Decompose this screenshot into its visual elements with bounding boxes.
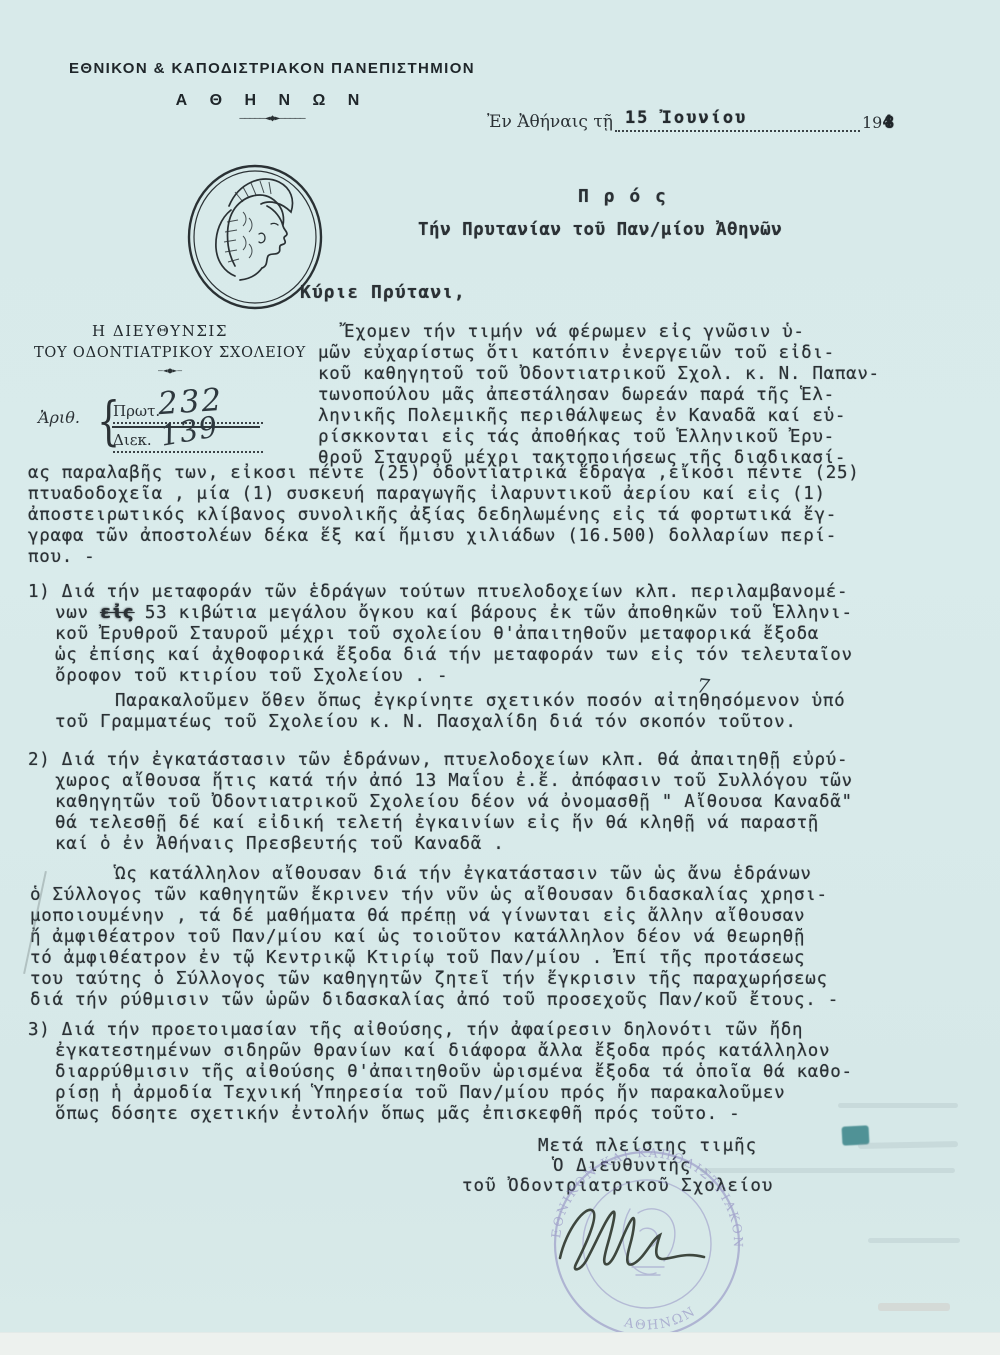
letterhead-divider-ornament: ―――――◄◆►――――― <box>62 113 482 124</box>
year-digit-over: 8 <box>884 113 894 133</box>
sender-divider-ornament: ―◄●►― <box>25 366 315 375</box>
date-prefix: Ἐν Ἀθήναις τῇ <box>487 112 613 132</box>
protocol-number-label: Ἀριθ. <box>38 408 80 427</box>
stamp-arc-text-bottom: ΑΘΗΝΩΝ <box>622 1304 699 1334</box>
scan-bottom-edge <box>0 1332 1000 1355</box>
scanned-letter-page: ΕΘΝΙΚΟΝ & ΚΑΠΟΔΙΣΤΡΙΑΚΟΝ ΠΑΝΕΠΙΣΤΗΜΙΟΝ Α… <box>0 0 1000 1355</box>
opening-paragraph-fullwidth: ας παραλαβῆς των, εἰκοσι πέντε (25) ὀδον… <box>28 463 980 568</box>
item1-struck-word: εἰς <box>100 603 134 623</box>
list-item-1: 1) Διά τήν μεταφοράν τῶν ἑδράγων τούτων … <box>28 582 1000 687</box>
director-signature <box>552 1196 722 1276</box>
typed-date: 15 Ἰουνίου <box>625 108 747 128</box>
item1-text-end: 53 κιβώτια μεγάλου ὄγκου καί βάρους ἐκ τ… <box>55 603 853 686</box>
date-line: Ἐν Ἀθήναις τῇ 15 Ἰουνίου 19 4 8 <box>487 110 967 132</box>
scanner-streak <box>700 1168 955 1173</box>
pros-heading: Π ρ ό ς <box>578 186 668 207</box>
letterhead-university-name: ΕΘΝΙΚΟΝ & ΚΑΠΟΔΙΣΤΡΙΑΚΟΝ ΠΑΝΕΠΙΣΤΗΜΙΟΝ <box>62 60 482 77</box>
salutation: Κύριε Πρύτανι, <box>300 282 466 303</box>
date-dotted-leader: 15 Ἰουνίου <box>615 110 860 132</box>
scanner-streak-pink <box>878 1303 950 1311</box>
list-item-3: 3) Διά τήν προετοιμασίαν τῆς αἰθούσης, τ… <box>28 1020 1000 1125</box>
letterhead-city: Α Θ Η Ν Ω Ν <box>62 92 482 110</box>
sender-directorate-line1: Η ΔΙΕΥΘΥΝΣΙΣ <box>35 322 285 340</box>
request-paragraph: Παρακαλοῦμεν ὅθεν ὅπως ἐγκρίνητε σχετικό… <box>55 691 960 733</box>
scanner-streak <box>868 1238 960 1243</box>
list-item-2: 2) Διά τήν ἐγκατάστασιν τῶν ἑδράνων, πτυ… <box>28 750 1000 855</box>
opening-paragraph-column: Ἔχομεν τήν τιμήν νά φέρωμεν εἰς γνῶσιν ὑ… <box>318 322 968 469</box>
hall-paragraph: Ὡς κατάλληλον αἴθουσαν διά τήν ἐγκατάστα… <box>30 864 975 1011</box>
year-overtyped: 4 8 <box>882 112 896 132</box>
handwritten-seven-annotation: 7 <box>696 673 711 698</box>
scanner-streak <box>838 1103 958 1108</box>
scanner-streak <box>858 1141 958 1149</box>
recipient-line: Τήν Πρυτανίαν τοῦ Παν/μίου Ἀθηνῶν <box>418 220 782 241</box>
sender-directorate-line2: ΤΟΥ ΟΔΟΝΤΙΑΤΡΙΚΟΥ ΣΧΟΛΕΙΟΥ <box>25 345 315 361</box>
year-printed: 19 <box>862 113 882 132</box>
